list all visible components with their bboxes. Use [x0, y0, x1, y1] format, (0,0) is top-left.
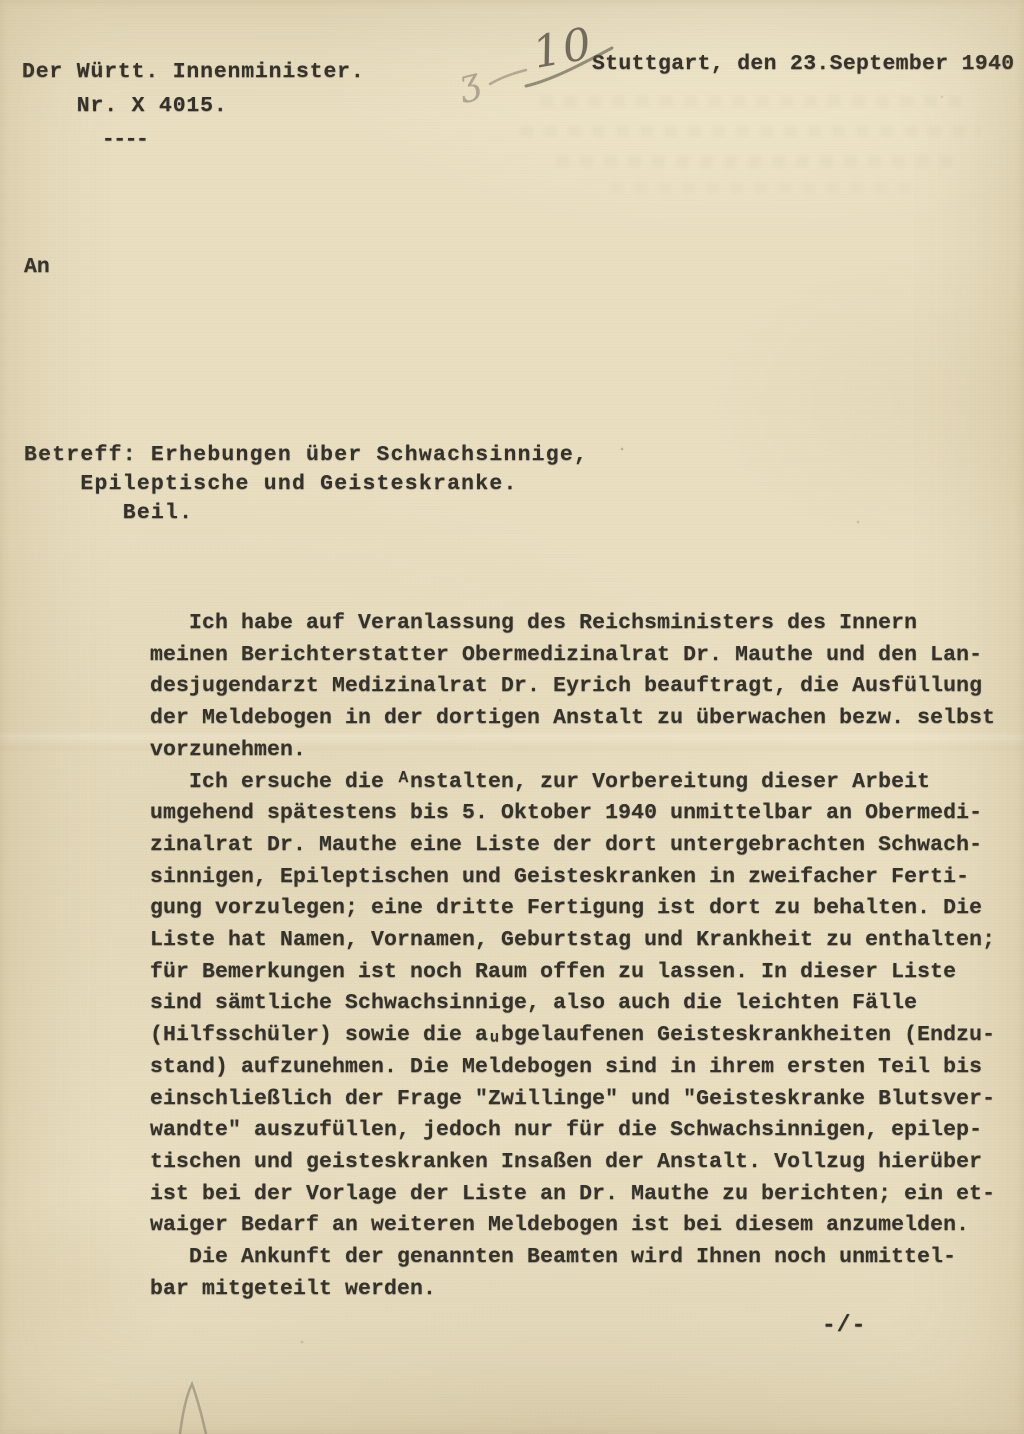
pencil-number: 10	[529, 18, 597, 79]
body-line: ist bei der Vorlage der Liste an Dr. Mau…	[150, 1179, 995, 1211]
body-line: der Meldebogen in der dortigen Anstalt z…	[150, 703, 995, 735]
dateline: Stuttgart, den 23.September 1940	[592, 52, 1014, 76]
body-text: Ich habe auf Veranlassung des Reichsmini…	[150, 608, 995, 1305]
end-mark: -/-	[822, 1312, 866, 1338]
body-line: zinalrat Dr. Mauthe eine Liste der dort …	[150, 830, 995, 862]
ink-bleed-through	[540, 96, 970, 107]
sender-block: Der Württ. Innenminister. Nr. X 4015. --…	[22, 55, 365, 157]
ink-bleed-through	[556, 156, 956, 167]
subject-line: Betreff: Erhebungen über Schwachsinnige,	[24, 441, 588, 470]
body-line: Ich habe auf Veranlassung des Reichsmini…	[150, 608, 995, 640]
body-line: bar mitgeteilt werden.	[150, 1274, 995, 1306]
body-line: Ich ersuche die ᴬnstalten, zur Vorbereit…	[150, 767, 995, 799]
recipient-label: An	[24, 255, 50, 279]
subject-line: Epileptische und Geisteskranke.	[24, 470, 588, 499]
body-line: Liste hat Namen, Vornamen, Geburtstag un…	[150, 925, 995, 957]
pencil-squiggle: ʒ	[453, 60, 484, 105]
ink-bleed-through	[610, 182, 910, 193]
subject-block: Betreff: Erhebungen über Schwachsinnige,…	[24, 441, 588, 528]
body-line: umgehend spätestens bis 5. Oktober 1940 …	[150, 798, 995, 830]
body-line: tischen und geisteskranken Insaßen der A…	[150, 1147, 995, 1179]
pencil-mark-bottom	[150, 1378, 260, 1434]
body-line: Die Ankunft der genannten Beamten wird I…	[150, 1242, 995, 1274]
body-line: sind sämtliche Schwachsinnige, also auch…	[150, 988, 995, 1020]
ink-bleed-through	[520, 126, 980, 137]
letter-page: Der Württ. Innenminister. Nr. X 4015. --…	[0, 0, 1024, 1434]
body-line: gung vorzulegen; eine dritte Fertigung i…	[150, 893, 995, 925]
body-line: sinnigen, Epileptischen und Geisteskrank…	[150, 862, 995, 894]
body-line: einschließlich der Frage "Zwillinge" und…	[150, 1084, 995, 1116]
body-line: wandte" auszufüllen, jedoch nur für die …	[150, 1115, 995, 1147]
body-line: vorzunehmen.	[150, 735, 995, 767]
body-line: (Hilfsschüler) sowie die aᵤbgelaufenen G…	[150, 1020, 995, 1052]
body-line: meinen Berichterstatter Obermedizinalrat…	[150, 640, 995, 672]
body-line: waiger Bedarf an weiteren Meldebogen ist…	[150, 1210, 995, 1242]
body-line: stand) aufzunehmen. Die Meldebogen sind …	[150, 1052, 995, 1084]
sender-line: Nr. X 4015.	[22, 89, 365, 123]
pencil-dash	[490, 70, 526, 84]
body-line: desjugendarzt Medizinalrat Dr. Eyrich be…	[150, 671, 995, 703]
sender-line: ----	[22, 123, 365, 157]
body-line: für Bemerkungen ist noch Raum offen zu l…	[150, 957, 995, 989]
subject-line: Beil.	[24, 499, 588, 528]
sender-line: Der Württ. Innenminister.	[22, 55, 365, 89]
